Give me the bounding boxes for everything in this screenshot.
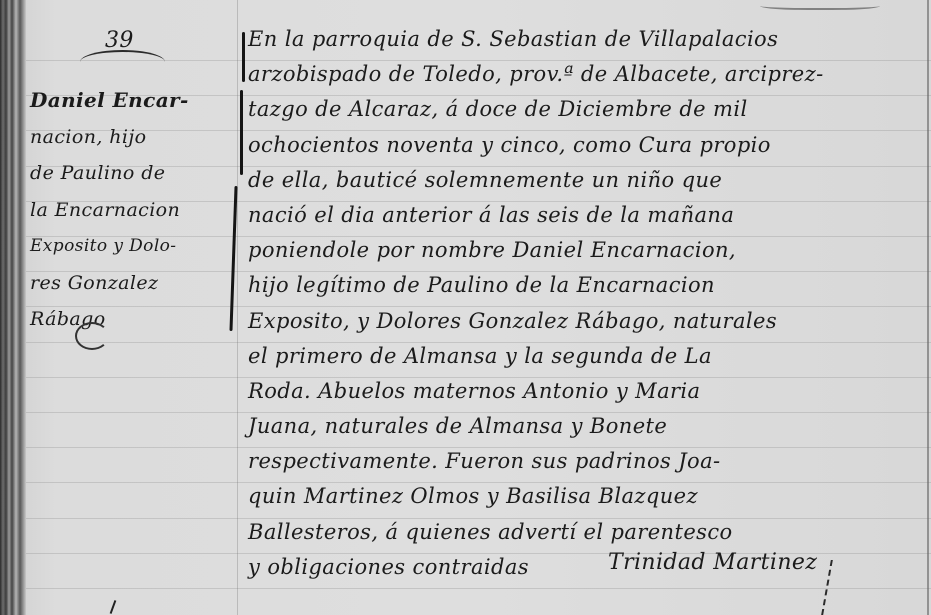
body-line: poniendole por nombre Daniel Encarnacion… [248, 233, 928, 268]
flourish [80, 50, 165, 74]
body-line: arzobispado de Toledo, prov.ª de Albacet… [248, 57, 928, 92]
body-line: Ballesteros, á quienes advertí el parent… [248, 515, 928, 550]
margin-rule [237, 0, 238, 615]
margin-line: Daniel Encar- [30, 82, 235, 119]
margin-line: nacion, hijo [30, 119, 235, 156]
bracket-mark [242, 32, 245, 82]
book-binding [0, 0, 26, 615]
margin-line: de Paulino de [30, 155, 235, 192]
body-line: hijo legítimo de Paulino de la Encarnaci… [248, 268, 928, 303]
margin-line: la Encarnacion [30, 192, 235, 229]
body-line: Exposito, y Dolores Gonzalez Rábago, nat… [248, 304, 928, 339]
body-line: de ella, bauticé solemnemente un niño qu… [248, 163, 928, 198]
ruled-line [26, 588, 931, 589]
margin-line: res Gonzalez [30, 265, 235, 302]
register-page: 39 Daniel Encar- nacion, hijo de Paulino… [0, 0, 931, 615]
body-line: nació el dia anterior á las seis de la m… [248, 198, 928, 233]
margin-line: Rábago [30, 301, 235, 338]
body-line: Roda. Abuelos maternos Antonio y Maria [248, 374, 928, 409]
priest-signature: Trinidad Martinez [608, 550, 817, 575]
body-line: ochocientos noventa y cinco, como Cura p… [248, 128, 928, 163]
ink-flourish [75, 322, 109, 350]
body-line: quin Martinez Olmos y Basilisa Blazquez [248, 479, 928, 514]
body-line: En la parroquia de S. Sebastian de Villa… [248, 22, 928, 57]
ink-smudge [760, 0, 880, 10]
margin-line: Exposito y Dolo- [30, 228, 235, 265]
body-line: tazgo de Alcaraz, á doce de Diciembre de… [248, 92, 928, 127]
body-line: y obligaciones contraidas [248, 550, 928, 585]
bracket-mark [240, 90, 243, 175]
body-line: respectivamente. Fueron sus padrinos Joa… [248, 444, 928, 479]
entry-body: En la parroquia de S. Sebastian de Villa… [248, 22, 928, 585]
margin-note: Daniel Encar- nacion, hijo de Paulino de… [30, 82, 235, 338]
body-line: Juana, naturales de Almansa y Bonete [248, 409, 928, 444]
ink-mark [110, 600, 117, 614]
body-line: el primero de Almansa y la segunda de La [248, 339, 928, 374]
